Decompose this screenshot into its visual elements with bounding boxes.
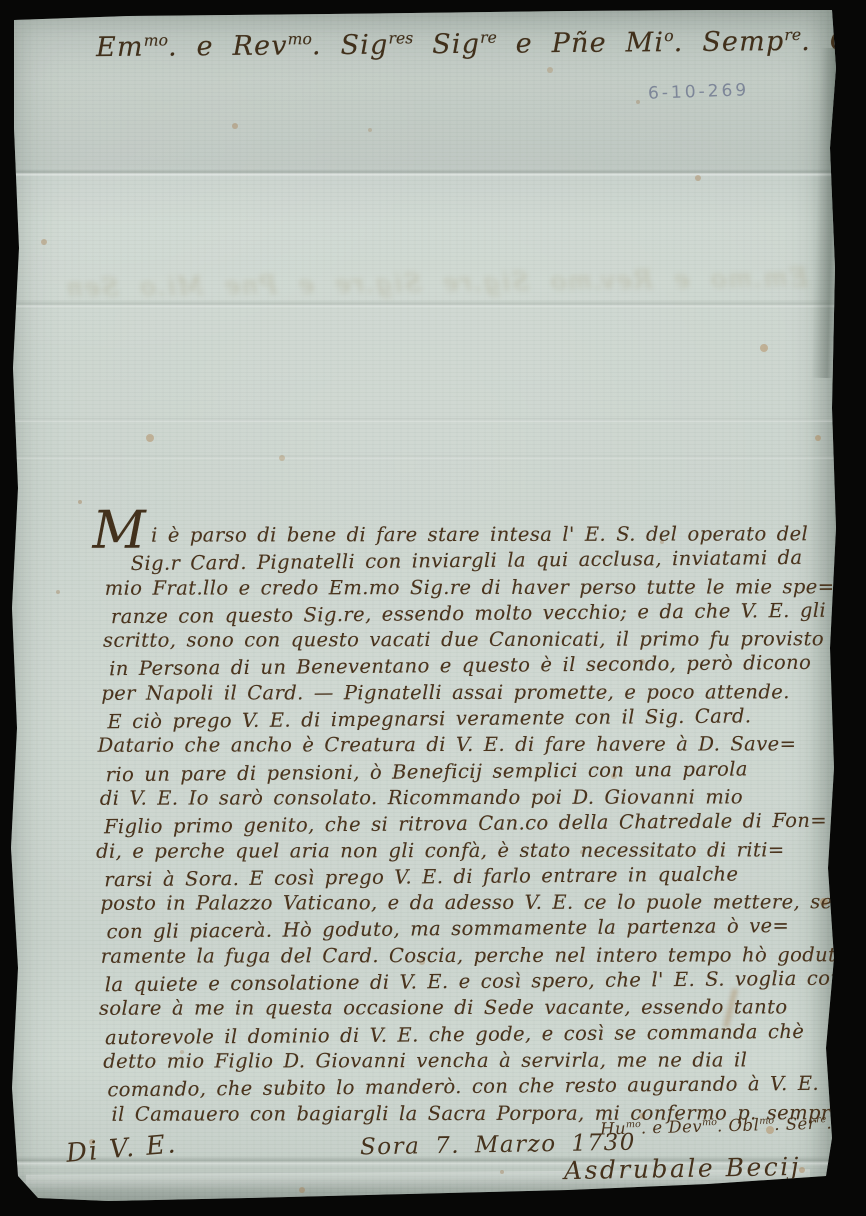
show-through-text: Em.mo e Rev.mo Sig.re Sig.re e Pne Mi.o … <box>68 263 809 325</box>
valediction: Di V. E. <box>65 1129 179 1169</box>
manuscript-line: solare à me in questa occasione di Sede … <box>99 995 825 1023</box>
manuscript-line: Sig.r Card. Pignatelli con inviargli la … <box>131 545 823 578</box>
corner-crumple <box>811 48 846 379</box>
manuscript-line: di, e perche quel aria non gli confà, è … <box>96 837 824 865</box>
manuscript-line: ramente la fuga del Card. Coscia, perche… <box>101 942 825 970</box>
salutation-line: Emmo. e Revmo. Sigres Sigre e Pñe Mio. S… <box>96 25 808 63</box>
manuscript-line: con gli piacerà. Hò goduto, ma sommament… <box>106 913 824 946</box>
manuscript-line: rio un pare di pensioni, ò Beneficij sem… <box>106 755 824 788</box>
manuscript-line: mio Frat.llo e credo Em.mo Sig.re di hav… <box>105 574 823 602</box>
body-text: Mi è parso di bene di fare stare intesa … <box>92 520 825 1129</box>
manuscript-line: autorevole il dominio di V. E. che gode,… <box>105 1018 825 1051</box>
letter-sheet: Emmo. e Revmo. Sigres Sigre e Pñe Mio. S… <box>8 8 836 1202</box>
fold-crease <box>8 418 836 422</box>
manuscript-line: in Persona di un Beneventano e questo è … <box>109 650 823 683</box>
fold-crease <box>8 455 836 459</box>
fold-crease <box>8 168 836 177</box>
archival-number: 6-10-269 <box>648 80 750 104</box>
manuscript-line: Figlio primo genito, che si ritrova Can.… <box>104 808 824 841</box>
signature: Asdrubale Becij <box>564 1152 801 1185</box>
foxing-spots <box>8 8 12 12</box>
manuscript-line: comando, che subito lo manderò. con che … <box>107 1071 825 1104</box>
manuscript-line: per Napoli il Card. — Pignatelli assai p… <box>101 679 823 707</box>
manuscript-line: Datario che ancho è Creatura di V. E. di… <box>98 732 824 760</box>
photograph-background: { "letter": { "archival_number": "6-10-2… <box>0 0 866 1216</box>
